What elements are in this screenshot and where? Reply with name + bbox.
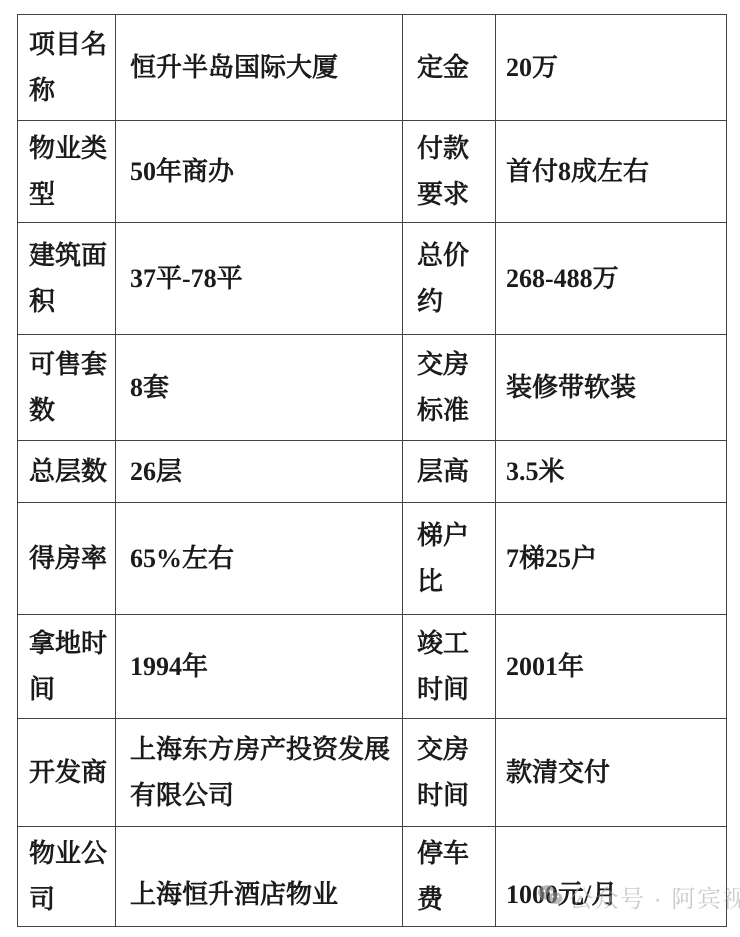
table-cell-label: 层高: [403, 441, 496, 503]
table-cell-label: 得房率: [18, 503, 116, 615]
table-cell-value: 1000元/月: [496, 827, 726, 926]
table-cell-label: 项目名称: [18, 15, 116, 121]
table-cell-value: 65%左右: [116, 503, 403, 615]
table-cell-value: 恒升半岛国际大厦: [116, 15, 403, 121]
table-cell-label: 定金: [403, 15, 496, 121]
table-cell-label: 总价约: [403, 223, 496, 335]
table-cell-value: 26层: [116, 441, 403, 503]
table-cell-label: 梯户比: [403, 503, 496, 615]
table-cell-value: 上海恒升酒店物业: [116, 827, 403, 926]
table-cell-label: 停车费: [403, 827, 496, 926]
table-cell-value: 3.5米: [496, 441, 726, 503]
table-cell-label: 总层数: [18, 441, 116, 503]
table-cell-value: 2001年: [496, 615, 726, 719]
table-cell-label: 付款要求: [403, 121, 496, 223]
table-cell-value: 款清交付: [496, 719, 726, 827]
table-cell-label: 拿地时间: [18, 615, 116, 719]
table-cell-label: 交房标准: [403, 335, 496, 441]
table-cell-label: 建筑面积: [18, 223, 116, 335]
table-cell-label: 物业公司: [18, 827, 116, 926]
table-cell-value: 50年商办: [116, 121, 403, 223]
table-cell-label: 竣工时间: [403, 615, 496, 719]
table-cell-label: 交房时间: [403, 719, 496, 827]
table-cell-value: 1994年: [116, 615, 403, 719]
table-cell-value: 7梯25户: [496, 503, 726, 615]
table-cell-value: 装修带软装: [496, 335, 726, 441]
table-cell-label: 开发商: [18, 719, 116, 827]
table-cell-value: 20万: [496, 15, 726, 121]
table-cell-label: 可售套数: [18, 335, 116, 441]
table-cell-label: 物业类型: [18, 121, 116, 223]
table-cell-value: 首付8成左右: [496, 121, 726, 223]
table-cell-value: 上海东方房产投资发展有限公司: [116, 719, 403, 827]
table-cell-value: 8套: [116, 335, 403, 441]
page: 项目名称 恒升半岛国际大厦 定金 20万 物业类型 50年商办 付款要求 首付8…: [0, 0, 740, 937]
property-spec-table: 项目名称 恒升半岛国际大厦 定金 20万 物业类型 50年商办 付款要求 首付8…: [17, 14, 727, 927]
table-cell-value: 268-488万: [496, 223, 726, 335]
table-cell-value: 37平-78平: [116, 223, 403, 335]
